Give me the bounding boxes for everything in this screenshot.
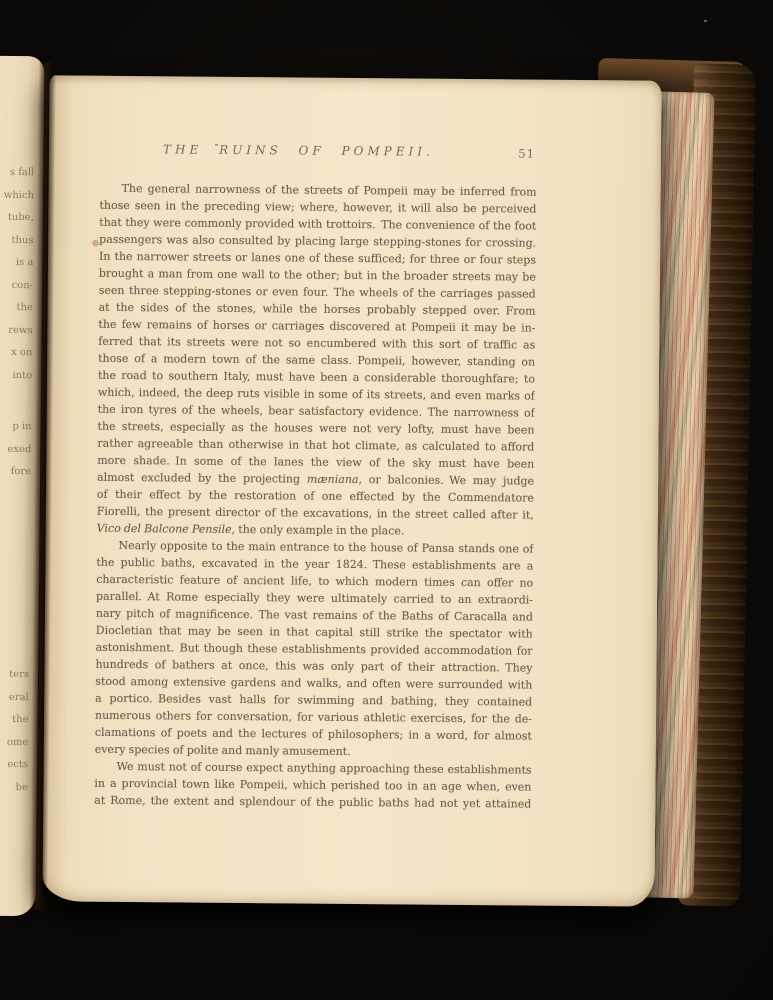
book-photograph: s fallwhichtube,thusis acon-therewsx oni… (0, 0, 773, 1000)
text-fragment: ters (0, 664, 29, 687)
text-segment: rather agreeable than otherwise in that … (97, 437, 534, 454)
text-segment: ferred that its streets were not so encu… (98, 335, 535, 352)
text-segment: every species of polite and manly amusem… (95, 743, 351, 758)
text-fragment: rews (0, 319, 33, 342)
text-segment: almost excluded by the projecting (97, 471, 307, 486)
text-segment: passengers was also consulted by placing… (99, 233, 536, 250)
foxing-stain (92, 240, 99, 247)
text-segment: Fiorelli, the present director of the ex… (97, 505, 534, 522)
text-fragment: x on (0, 342, 33, 365)
text-segment: characteristic feature of ancient life, … (96, 573, 533, 590)
text-segment: We must not of course expect anything ap… (117, 760, 532, 777)
text-segment: at Rome, the extent and splendour of the… (94, 794, 531, 811)
text-segment: in a provincial town like Pompeii, which… (94, 777, 531, 794)
text-line: at Rome, the extent and splendour of the… (94, 792, 531, 813)
dust-speck (704, 20, 707, 22)
text-segment: which, indeed, the deep ruts visible in … (98, 386, 535, 403)
text-segment: of their effect by the restoration of on… (97, 488, 534, 505)
text-fragment: ects (0, 754, 28, 777)
text-segment: those of a modern town of the same class… (98, 352, 535, 369)
text-segment: that they were commonly provided with tr… (99, 216, 536, 233)
text-fragment: the (0, 297, 33, 320)
text-fragment: tube, (0, 207, 34, 230)
text-fragment: into (0, 364, 32, 387)
text-fragment: thus (0, 229, 34, 252)
text-fragment: is a (0, 252, 33, 275)
text-segment: numerous others for conversation, for va… (95, 709, 532, 726)
text-segment: the streets, especially as the houses we… (97, 420, 534, 437)
text-fragment: be (0, 776, 28, 799)
text-segment: Nearly opposite to the main entrance to … (118, 539, 533, 556)
text-segment: Diocletian that may be seen in that capi… (96, 624, 533, 641)
text-segment: hundreds of bathers at once, this was on… (95, 658, 532, 675)
text-fragment: the (0, 709, 29, 732)
text-fragment: ome (0, 731, 28, 754)
text-segment: astonishment. But though these establish… (96, 641, 533, 658)
text-fragment: fore (0, 461, 31, 484)
text-segment: parallel. At Rome especially they were u… (96, 590, 533, 607)
text-fragment: p in (0, 416, 32, 439)
text-segment: seen three stepping-stones or even four.… (99, 284, 536, 301)
text-segment: , the only example in the place. (232, 523, 405, 538)
text-segment: The general narrowness of the streets of… (122, 182, 537, 199)
text-segment: nary pitch of magnificence. The vast rem… (96, 607, 533, 624)
text-segment: the few remains of horses or carriages d… (98, 318, 535, 335)
text-segment: the iron tyres of the wheels, bear satis… (98, 403, 535, 420)
text-fragment: s fall (0, 162, 34, 185)
left-page-fragments-top: s fallwhichtube,thusis acon-therewsx oni… (0, 162, 34, 387)
text-segment: those seen in the preceding view; where,… (99, 199, 536, 216)
text-segment: at the sides of the stones, while the ho… (99, 301, 536, 318)
left-page-fragments-mid: p inexedfore (0, 416, 32, 484)
text-segment: stood among extensive gardens and walks,… (95, 675, 532, 692)
text-fragment: which (0, 184, 34, 207)
text-fragment: con- (0, 274, 33, 297)
text-segment: brought a man from one wall to the other… (99, 267, 536, 284)
text-fragment: exed (0, 438, 31, 461)
text-segment: the public baths, excavated in the year … (96, 556, 533, 573)
book-page: THE RUINS OF POMPEII. 51 The general nar… (42, 75, 661, 906)
text-segment: In the narrower streets or lanes one of … (99, 250, 536, 267)
text-segment: the road to southern Italy, must have be… (98, 369, 535, 386)
page-title: THE RUINS OF POMPEII. (100, 142, 497, 159)
page-number: 51 (518, 146, 535, 160)
text-segment: more shade. In some of the lanes the vie… (97, 454, 534, 471)
running-head: THE RUINS OF POMPEII. 51 (100, 142, 537, 164)
text-segment: clamations of poets and the lectures of … (95, 726, 532, 743)
text-segment: , or balconies. We may judge (358, 473, 534, 488)
text-segment: a portico. Besides vast halls for swimmi… (95, 692, 532, 709)
left-page-fragments-bottom: terseraltheomeectsbe (0, 664, 29, 799)
text-block: The general narrowness of the streets of… (94, 180, 536, 813)
text-segment: Vico del Balcone Pensile (97, 522, 232, 536)
text-segment: mæniana (307, 473, 359, 486)
text-fragment: eral (0, 686, 29, 709)
